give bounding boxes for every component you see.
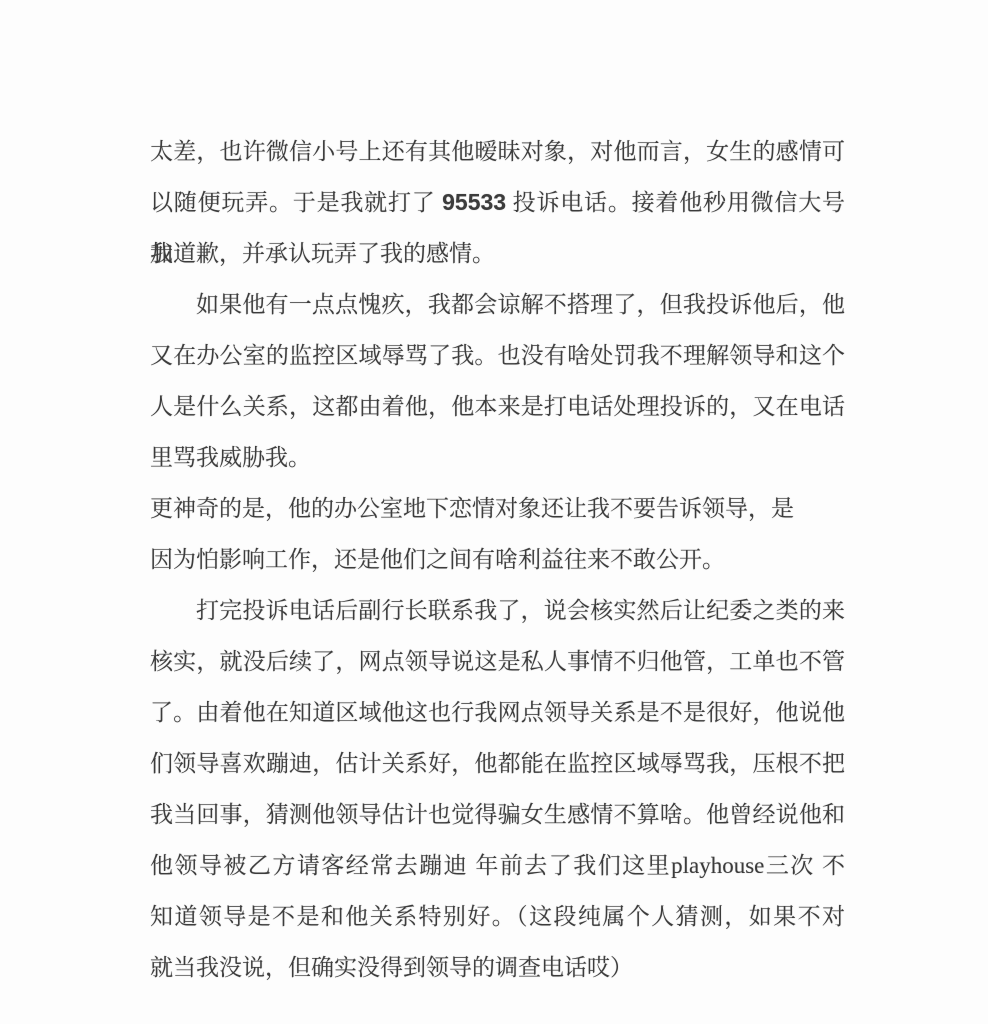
text-line: 人是什么关系，这都由着他，他本来是打电话处理投诉的，又在电话 xyxy=(150,381,845,432)
text-line: 更神奇的是，他的办公室地下恋情对象还让我不要告诉领导，是 xyxy=(150,483,845,534)
text-line: 如果他有一点点愧疚，我都会谅解不搭理了，但我投诉他后，他 xyxy=(150,279,845,330)
complaint-hotline-number: 95533 xyxy=(442,189,506,215)
document-page: 太差，也许微信小号上还有其他暧昧对象，对他而言，女生的感情可 以随便玩弄。于是我… xyxy=(0,0,988,1024)
text-line: 了。由着他在知道区域他这也行我网点领导关系是不是很好，他说他 xyxy=(150,687,845,738)
text-block: 太差，也许微信小号上还有其他暧昧对象，对他而言，女生的感情可 以随便玩弄。于是我… xyxy=(150,126,845,993)
text-line: 我当回事，猜测他领导估计也觉得骗女生感情不算啥。他曾经说他和 xyxy=(150,789,845,840)
text-segment: 以随便玩弄。于是我就打了 xyxy=(150,190,442,215)
text-line: 里骂我威胁我。 xyxy=(150,432,845,483)
text-line: 太差，也许微信小号上还有其他暧昧对象，对他而言，女生的感情可 xyxy=(150,126,845,177)
text-line: 们领导喜欢蹦迪，估计关系好，他都能在监控区域辱骂我，压根不把 xyxy=(150,738,845,789)
text-line: 核实，就没后续了，网点领导说这是私人事情不归他管，工单也不管 xyxy=(150,636,845,687)
text-line: 又在办公室的监控区域辱骂了我。也没有啥处罚我不理解领导和这个 xyxy=(150,330,845,381)
text-line: 打完投诉电话后副行长联系我了，说会核实然后让纪委之类的来 xyxy=(150,585,845,636)
text-line: 以随便玩弄。于是我就打了 95533 投诉电话。接着他秒用微信大号加 xyxy=(150,177,845,228)
text-line: 知道领导是不是和他关系特别好。（这段纯属个人猜测，如果不对 xyxy=(150,891,845,942)
text-line: 就当我没说，但确实没得到领导的调查电话哎） xyxy=(150,942,845,993)
text-line: 我道歉，并承认玩弄了我的感情。 xyxy=(150,228,845,279)
text-line: 他领导被乙方请客经常去蹦迪 年前去了我们这里playhouse三次 不 xyxy=(150,840,845,891)
text-line: 因为怕影响工作，还是他们之间有啥利益往来不敢公开。 xyxy=(150,534,845,585)
